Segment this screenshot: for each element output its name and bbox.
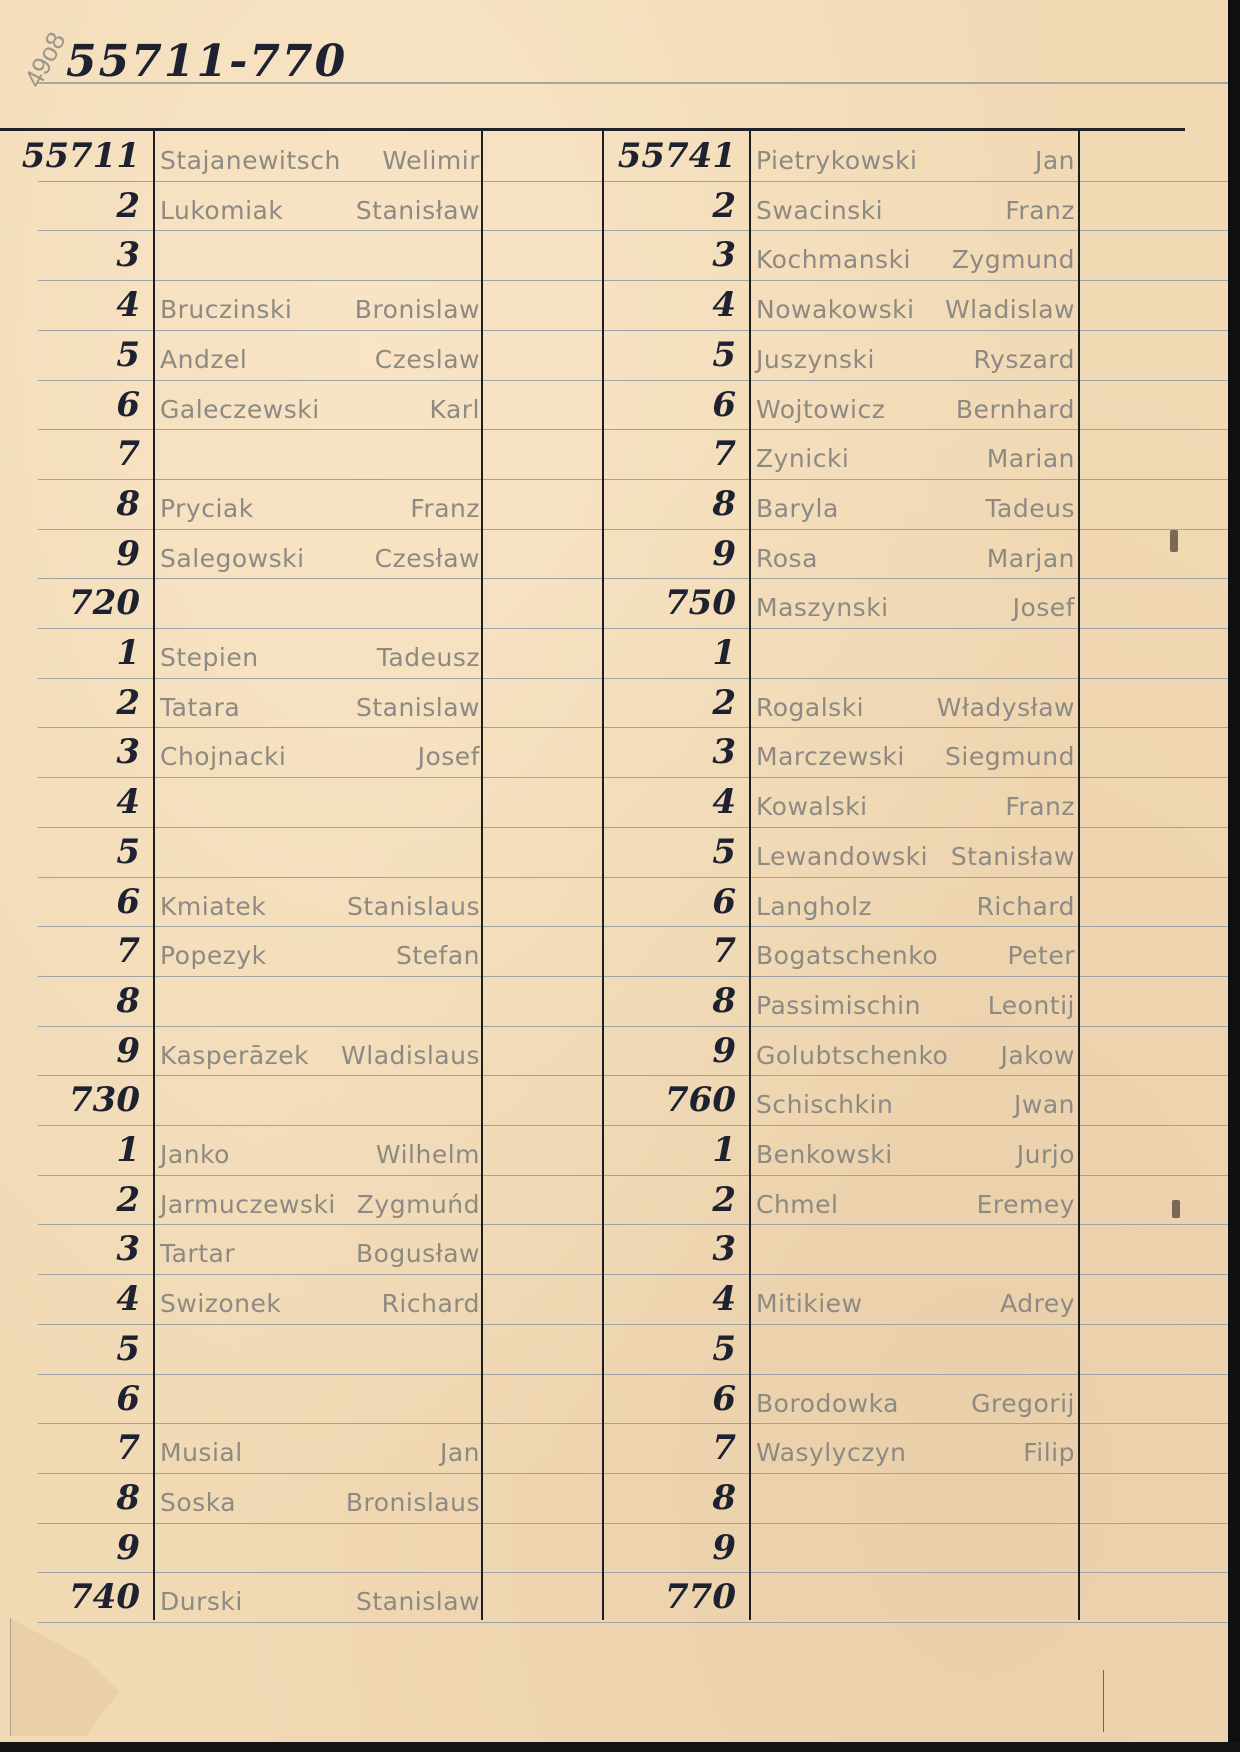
surname: Salegowski [160, 539, 305, 579]
surname: Pryciak [160, 489, 254, 529]
prisoner-number: 5 [0, 332, 140, 378]
prisoner-number: 9 [608, 1525, 736, 1571]
prisoner-number: 6 [0, 879, 140, 925]
prisoner-number: 4 [0, 282, 140, 328]
first-name: Władysław [930, 688, 1075, 728]
first-name [930, 1334, 1075, 1374]
surname: Durski [160, 1582, 243, 1622]
prisoner-number: 3 [0, 1226, 140, 1272]
first-name: Wladislaus [330, 1036, 480, 1076]
first-name [930, 1582, 1075, 1622]
prisoner-number: 9 [0, 531, 140, 577]
first-name: Siegmund [930, 737, 1075, 777]
first-name [930, 1234, 1075, 1274]
prisoner-number: 55741 [608, 133, 736, 179]
prisoner-number: 5 [0, 1326, 140, 1372]
surname: Passimischin [756, 986, 921, 1026]
page-title: 55711-770 [66, 36, 347, 87]
surname: Golubtschenko [756, 1036, 948, 1076]
surname: Popezyk [160, 936, 267, 976]
surname: Zynicki [756, 439, 849, 479]
prisoner-number: 1 [0, 1127, 140, 1173]
surname: Nowakowski [756, 290, 915, 330]
column-divider [749, 130, 751, 1620]
first-name: Bogusław [330, 1234, 480, 1274]
surname: Marczewski [756, 737, 905, 777]
surname: Stepien [160, 638, 259, 678]
prisoner-number: 9 [608, 1028, 736, 1074]
prisoner-number: 730 [0, 1077, 140, 1123]
first-name: Tadeus [930, 489, 1075, 529]
first-name: Czeslaw [330, 340, 480, 380]
first-name: Stanisław [930, 837, 1075, 877]
first-name: Jwan [930, 1085, 1075, 1125]
column-divider [153, 130, 155, 1620]
pencil-tick-mark [1103, 1670, 1104, 1732]
prisoner-number: 4 [608, 1276, 736, 1322]
first-name: Zygmund [930, 240, 1075, 280]
scan-edge [0, 1742, 1240, 1752]
surname: Bruczinski [160, 290, 292, 330]
first-name [330, 240, 480, 280]
first-name: Leontij [930, 986, 1075, 1026]
surname: Kowalski [756, 787, 868, 827]
prisoner-number: 2 [0, 183, 140, 229]
prisoner-number: 2 [0, 1177, 140, 1223]
column-divider [1078, 130, 1080, 1620]
first-name: Czesław [330, 539, 480, 579]
surname: Wasylyczyn [756, 1433, 907, 1473]
prisoner-number: 8 [608, 978, 736, 1024]
first-name: Adrey [930, 1284, 1075, 1324]
surname: Pietrykowski [756, 141, 918, 181]
surname: Borodowka [756, 1384, 899, 1424]
prisoner-number: 3 [608, 729, 736, 775]
surname: Swizonek [160, 1284, 281, 1324]
prisoner-number: 5 [608, 829, 736, 875]
surname: Chojnacki [160, 737, 286, 777]
surname: Kochmanski [756, 240, 911, 280]
first-name [930, 638, 1075, 678]
surname: Benkowski [756, 1135, 893, 1175]
surname: Jarmuczewski [160, 1185, 336, 1225]
first-name: Josef [330, 737, 480, 777]
first-name: Jan [930, 141, 1075, 181]
first-name: Jakow [930, 1036, 1075, 1076]
surname: Rosa [756, 539, 818, 579]
first-name [330, 1334, 480, 1374]
first-name [930, 1483, 1075, 1523]
surname: Lukomiak [160, 191, 283, 231]
prisoner-number: 7 [0, 928, 140, 974]
first-name: Franz [330, 489, 480, 529]
first-name [330, 1085, 480, 1125]
first-name: Marian [930, 439, 1075, 479]
prisoner-number: 6 [608, 382, 736, 428]
prisoner-number: 3 [608, 232, 736, 278]
surname: Chmel [756, 1185, 838, 1225]
column-divider [481, 130, 483, 1620]
first-name: Eremey [930, 1185, 1075, 1225]
prisoner-number: 8 [608, 481, 736, 527]
surname: Wojtowicz [756, 390, 885, 430]
prisoner-number: 1 [0, 630, 140, 676]
surname: Bogatschenko [756, 936, 938, 976]
prisoner-number: 6 [0, 1376, 140, 1422]
first-name: Richard [930, 887, 1075, 927]
prisoner-number: 7 [608, 928, 736, 974]
first-name [930, 1533, 1075, 1573]
prisoner-number: 9 [0, 1028, 140, 1074]
column-divider [602, 130, 604, 1620]
first-name: Bernhard [930, 390, 1075, 430]
surname: Kasperāzek [160, 1036, 309, 1076]
register-page: 49o8 55711-770 55711StajanewitschWelimir… [0, 0, 1228, 1742]
first-name: Bronislaus [330, 1483, 480, 1523]
first-name: Tadeusz [330, 638, 480, 678]
first-name: Josef [930, 588, 1075, 628]
first-name: Jan [330, 1433, 480, 1473]
staple-hole [1170, 530, 1178, 552]
first-name [330, 439, 480, 479]
prisoner-number: 1 [608, 630, 736, 676]
first-name: Gregorij [930, 1384, 1075, 1424]
prisoner-number: 2 [608, 183, 736, 229]
surname: Tatara [160, 688, 240, 728]
first-name: Richard [330, 1284, 480, 1324]
surname: Kmiatek [160, 887, 266, 927]
first-name: Stanislaw [330, 688, 480, 728]
prisoner-number: 4 [608, 779, 736, 825]
first-name: Stanisław [330, 191, 480, 231]
prisoner-number: 2 [0, 680, 140, 726]
staple-hole [1172, 1200, 1180, 1218]
prisoner-number: 770 [608, 1574, 736, 1620]
prisoner-number: 3 [608, 1226, 736, 1272]
prisoner-number: 3 [0, 729, 140, 775]
scan-edge [1228, 0, 1240, 1752]
prisoner-number: 9 [0, 1525, 140, 1571]
surname: Rogalski [756, 688, 864, 728]
header-rule [0, 128, 1185, 131]
surname: Tartar [160, 1234, 235, 1274]
prisoner-number: 5 [0, 829, 140, 875]
prisoner-number: 2 [608, 1177, 736, 1223]
surname: Maszynski [756, 588, 889, 628]
first-name: Jurjo [930, 1135, 1075, 1175]
prisoner-number: 3 [0, 232, 140, 278]
first-name: Peter [930, 936, 1075, 976]
first-name: Stanislaw [330, 1582, 480, 1622]
first-name: Franz [930, 787, 1075, 827]
first-name: Franz [930, 191, 1075, 231]
first-name [330, 1384, 480, 1424]
prisoner-number: 7 [608, 1425, 736, 1471]
first-name: Zygmuńd [330, 1185, 480, 1225]
surname: Galeczewski [160, 390, 320, 430]
first-name [330, 787, 480, 827]
prisoner-number: 55711 [0, 133, 140, 179]
first-name [330, 588, 480, 628]
surname: Stajanewitsch [160, 141, 341, 181]
first-name: Welimir [330, 141, 480, 181]
prisoner-number: 6 [0, 382, 140, 428]
surname: Mitikiew [756, 1284, 863, 1324]
prisoner-number: 7 [0, 1425, 140, 1471]
prisoner-number: 9 [608, 531, 736, 577]
prisoner-number: 5 [608, 1326, 736, 1372]
surname: Juszynski [756, 340, 875, 380]
prisoner-number: 8 [0, 481, 140, 527]
surname: Musial [160, 1433, 243, 1473]
prisoner-number: 720 [0, 580, 140, 626]
first-name [330, 1533, 480, 1573]
surname: Janko [160, 1135, 230, 1175]
surname: Swacinski [756, 191, 883, 231]
prisoner-number: 8 [0, 978, 140, 1024]
first-name: Stefan [330, 936, 480, 976]
prisoner-number: 7 [0, 431, 140, 477]
prisoner-number: 1 [608, 1127, 736, 1173]
first-name: Wladislaw [930, 290, 1075, 330]
prisoner-number: 7 [608, 431, 736, 477]
prisoner-number: 750 [608, 580, 736, 626]
prisoner-number: 8 [0, 1475, 140, 1521]
folded-corner [10, 1618, 119, 1736]
prisoner-number: 8 [608, 1475, 736, 1521]
prisoner-number: 6 [608, 1376, 736, 1422]
first-name: Karl [330, 390, 480, 430]
first-name: Stanislaus [330, 887, 480, 927]
first-name: Wilhelm [330, 1135, 480, 1175]
first-name: Marjan [930, 539, 1075, 579]
first-name: Ryszard [930, 340, 1075, 380]
surname: Lewandowski [756, 837, 928, 877]
surname: Andzel [160, 340, 247, 380]
first-name [330, 986, 480, 1026]
prisoner-number: 5 [608, 332, 736, 378]
first-name: Filip [930, 1433, 1075, 1473]
prisoner-number: 2 [608, 680, 736, 726]
surname: Schischkin [756, 1085, 893, 1125]
prisoner-number: 740 [0, 1574, 140, 1620]
title-rule [38, 82, 1228, 84]
surname: Langholz [756, 887, 872, 927]
prisoner-number: 6 [608, 879, 736, 925]
prisoner-number: 4 [608, 282, 736, 328]
first-name [330, 837, 480, 877]
prisoner-number: 760 [608, 1077, 736, 1123]
surname: Soska [160, 1483, 236, 1523]
prisoner-number: 4 [0, 779, 140, 825]
prisoner-number: 4 [0, 1276, 140, 1322]
surname: Baryla [756, 489, 839, 529]
first-name: Bronislaw [330, 290, 480, 330]
